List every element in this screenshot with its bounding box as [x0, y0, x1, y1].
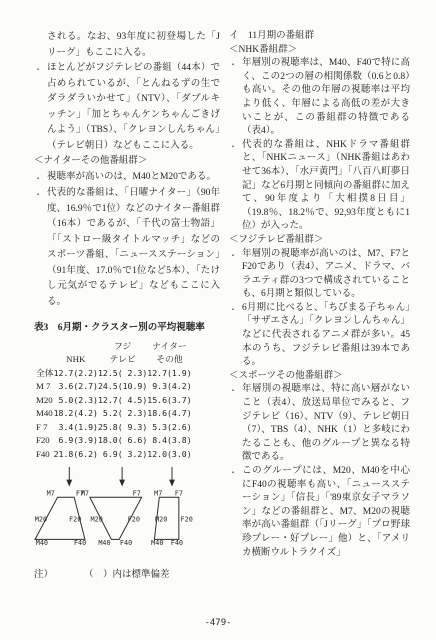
header-cell-empty: [54, 340, 98, 354]
cell-nighter: 12.0(3.0): [147, 448, 191, 462]
table-row: F20 6.9(3.9) 18.0( 6.6) 8.4(3.8): [36, 434, 192, 448]
header-cell-nighter-top: ナイター: [147, 340, 191, 354]
vertex-label: M7: [81, 489, 89, 497]
heading-nhk-group: ＜NHK番組群＞: [229, 44, 410, 58]
cell-nighter: 18.6(4.7): [147, 407, 191, 421]
bullet-item-sports-ratings: ・ 年層別の視聴率は、特に高い層がないこと（表4）、放送局単位でみると、フジテレ…: [229, 383, 410, 465]
bullet-text: 年層別の視聴率が高いのは、M7、F7とF20であり（表4）、アニメ、ドラマ、バラ…: [242, 248, 410, 302]
vertex-label: F20: [128, 516, 140, 524]
heading-november-period: イ 11月期の番組群: [229, 30, 410, 44]
cell-nhk: 6.9(3.9): [54, 434, 98, 448]
bullet-item-nhk-ratings: ・ 年層別の視聴率は、M40、F40で特に高く、この2つの層の相関係数（0.6と…: [229, 57, 410, 139]
vertex-label: M20: [155, 516, 167, 524]
header-cell-nighter-bottom: その他: [147, 353, 191, 367]
table-row: M20 5.0(2.3) 12.7( 4.5) 15.6(3.7): [36, 394, 192, 408]
bullet-marker: ・: [34, 170, 47, 187]
vertex-label: F40: [120, 539, 132, 547]
table-header-row-2: NHK テレビ その他: [36, 353, 192, 367]
bullet-item-representative: ・ 代表的な番組は、「日曜ナイター」（90年度、16.9％で1位）などのナイター…: [34, 186, 220, 310]
table-row: M40 18.2(4.2) 5.2( 2.3) 18.6(4.7): [36, 407, 192, 421]
row-label: M40: [36, 407, 54, 421]
header-cell-empty: [36, 353, 54, 367]
heading-sports-group: ＜スポーツその他番組群＞: [229, 370, 410, 384]
bullet-item-rating-high: ・ 視聴率が高いのは、M40とM20である。: [34, 170, 220, 187]
vertex-label: M40: [151, 539, 163, 547]
cell-nhk: 18.2(4.2): [54, 407, 98, 421]
cluster-shapes-svg: M7 F7 M20 F20 M40 F40 M7 F7 M20 F20: [34, 465, 220, 555]
table-body: 全体 12.7(2.2) 12.5( 2.3) 12.7(1.9) M 7 3.…: [36, 367, 192, 462]
bullet-text: 代表的な番組は、「日曜ナイター」（90年度、16.9％で1位）などのナイター番組…: [47, 186, 220, 310]
bullet-marker: ・: [229, 57, 242, 139]
vertex-label: F40: [171, 539, 183, 547]
bullet-item-fuji-programs: ・ ほとんどがフジテレビの番組（44本）で占められているが、「とんねるずの生でダ…: [34, 61, 220, 154]
bullet-text: ほとんどがフジテレビの番組（44本）で占められているが、「とんねるずの生でダラダ…: [47, 61, 220, 154]
table-row: 全体 12.7(2.2) 12.5( 2.3) 12.7(1.9): [36, 367, 192, 381]
bullet-marker: ・: [34, 61, 47, 154]
cell-fuji: 24.5(10.9): [98, 380, 147, 394]
shape-nhk-trapezoid: M7 F7 M20 F20 M40 F40: [35, 489, 86, 547]
left-column: される。なお、93年度に初登場した「Jリーグ」もここに入る。 ・ ほとんどがフジ…: [34, 30, 220, 584]
vertex-label: M20: [91, 516, 103, 524]
table-row: F40 21.8(6.2) 6.9( 3.2) 12.0(3.0): [36, 448, 192, 462]
vertex-label: F20: [181, 516, 193, 524]
cell-fuji: 5.2( 2.3): [98, 407, 147, 421]
bullet-item-fuji-anime: ・ 6月期に比べると、「ちびまる子ちゃん」「サザエさん」「クレヨンしんちゃん」な…: [229, 302, 410, 370]
row-label: 全体: [36, 367, 54, 381]
cell-nighter: 8.4(3.8): [147, 434, 191, 448]
right-column: イ 11月期の番組群 ＜NHK番組群＞ ・ 年層別の視聴率は、M40、F40で特…: [229, 30, 410, 584]
header-cell-nhk: NHK: [54, 353, 98, 367]
table-row: F 7 3.4(1.9) 25.8( 9.3) 5.3(2.6): [36, 421, 192, 435]
bullet-text: 年層別の視聴率は、M40、F40で特に高く、この2つの層の相関係数（0.6と0.…: [242, 57, 410, 139]
row-label: M20: [36, 394, 54, 408]
vertex-label: F7: [175, 489, 183, 497]
page-number: -479-: [0, 618, 436, 628]
cell-nighter: 12.7(1.9): [147, 367, 191, 381]
vertex-label: M20: [35, 516, 47, 524]
cell-fuji: 12.7( 4.5): [98, 394, 147, 408]
vertex-label: F7: [133, 489, 141, 497]
shape-nighter-rectangle: M7 F7 M20 F20 M40 F40: [151, 489, 193, 547]
bullet-item-sports-group: ・ このグループには、M20、M40を中心にF40の視聴率も高い、「ニュースステ…: [229, 465, 410, 560]
header-cell-fuji-top: フジ: [98, 340, 147, 354]
down-arrow-icon: [119, 467, 125, 487]
continuation-paragraph: される。なお、93年度に初登場した「Jリーグ」もここに入る。: [47, 30, 220, 61]
cell-fuji: 18.0( 6.6): [98, 434, 147, 448]
bullet-item-fuji-ratings: ・ 年層別の視聴率が高いのは、M7、F7とF20であり（表4）、アニメ、ドラマ、…: [229, 248, 410, 302]
table-title: 表3 6月期・クラスター別の平均視聴率: [34, 321, 220, 337]
row-label: F20: [36, 434, 54, 448]
cell-nhk: 12.7(2.2): [54, 367, 98, 381]
cell-nhk: 5.0(2.3): [54, 394, 98, 408]
bullet-marker: ・: [229, 302, 242, 370]
note-label: 注）: [34, 568, 84, 584]
down-arrow-icon: [66, 467, 72, 487]
table-header-row-1: フジ ナイター: [36, 340, 192, 354]
vertex-label: M7: [47, 489, 55, 497]
cell-fuji: 25.8( 9.3): [98, 421, 147, 435]
header-cell-fuji-bottom: テレビ: [98, 353, 147, 367]
row-label: M 7: [36, 380, 54, 394]
header-cell-empty: [36, 340, 54, 354]
table-header: フジ ナイター NHK テレビ その他: [36, 340, 192, 367]
row-label: F40: [36, 448, 54, 462]
cell-nhk: 3.6(2.7): [54, 380, 98, 394]
bullet-text: 代表的な番組は、NHKドラマ番組群と、「NHKニュース」（NHK番組はあわせて3…: [242, 139, 410, 234]
bullet-marker: ・: [229, 383, 242, 465]
table-note: 注） （ ）内は標準偏差: [34, 568, 220, 584]
bullet-marker: ・: [34, 186, 47, 310]
heading-fuji-group: ＜フジテレビ番組群＞: [229, 234, 410, 248]
bullet-text: 6月期に比べると、「ちびまる子ちゃん」「サザエさん」「クレヨンしんちゃん」などに…: [242, 302, 410, 370]
table-row: M 7 3.6(2.7) 24.5(10.9) 9.3(4.2): [36, 380, 192, 394]
bullet-text: このグループには、M20、M40を中心にF40の視聴率も高い、「ニュースステーシ…: [242, 465, 410, 560]
bullet-text: 年層別の視聴率は、特に高い層がないこと（表4）、放送局単位でみると、フジテレビ（…: [242, 383, 410, 465]
row-label: F 7: [36, 421, 54, 435]
note-text: （ ）内は標準偏差: [84, 568, 170, 584]
cell-nighter: 9.3(4.2): [147, 380, 191, 394]
bullet-marker: ・: [229, 465, 242, 560]
vertex-label: M7: [154, 489, 162, 497]
bullet-marker: ・: [229, 248, 242, 302]
vertex-label: M40: [36, 539, 48, 547]
cell-nhk: 21.8(6.2): [54, 448, 98, 462]
cluster-shape-diagram: M7 F7 M20 F20 M40 F40 M7 F7 M20 F20: [34, 465, 220, 555]
bullet-marker: ・: [229, 139, 242, 234]
cell-nhk: 3.4(1.9): [54, 421, 98, 435]
down-arrow-icon: [169, 467, 175, 487]
vertex-label: F20: [69, 516, 81, 524]
vertex-label: F40: [74, 539, 86, 547]
avg-ratings-table: フジ ナイター NHK テレビ その他 全体 12.7(2.2) 12.5( 2…: [36, 340, 192, 462]
cell-fuji: 6.9( 3.2): [98, 448, 147, 462]
shape-fuji-inverted-triangle: M7 F7 M20 F20 M40 F40: [81, 489, 142, 547]
bullet-item-nhk-programs: ・ 代表的な番組は、NHKドラマ番組群と、「NHKニュース」（NHK番組はあわせ…: [229, 139, 410, 234]
document-page: される。なお、93年度に初登場した「Jリーグ」もここに入る。 ・ ほとんどがフジ…: [0, 0, 436, 640]
heading-nighter-group: ＜ナイターその他番組群＞: [34, 154, 220, 170]
cell-nighter: 5.3(2.6): [147, 421, 191, 435]
cell-nighter: 15.6(3.7): [147, 394, 191, 408]
bullet-text: 視聴率が高いのは、M40とM20である。: [47, 170, 220, 187]
vertex-label: M40: [98, 539, 110, 547]
two-column-layout: される。なお、93年度に初登場した「Jリーグ」もここに入る。 ・ ほとんどがフジ…: [34, 30, 420, 584]
cell-fuji: 12.5( 2.3): [98, 367, 147, 381]
